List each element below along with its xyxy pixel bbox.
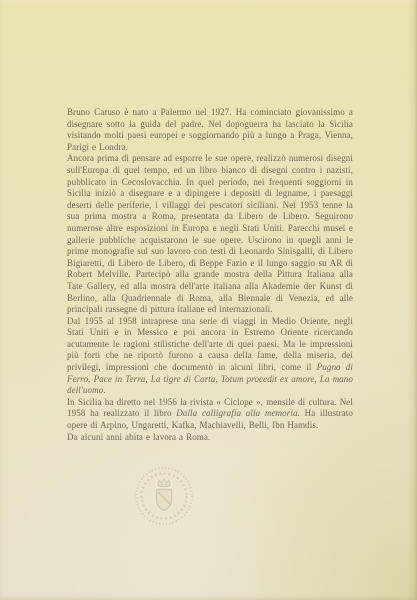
biography-paragraph: Dal 1955 al 1958 intraprese una serie di… bbox=[67, 316, 353, 397]
biography-paragraph: Ancora prima di pensare ad esporre le su… bbox=[67, 153, 353, 315]
book-title-italic: Totum procedit ex amore bbox=[221, 374, 315, 384]
book-title-italic: Pace in Terra bbox=[94, 374, 146, 384]
crest-icon bbox=[134, 466, 194, 526]
biography-paragraph: In Sicilia ha diretto nel 1956 la rivist… bbox=[67, 397, 353, 432]
body-text: Bruno Caruso è nato a Palermo nel 1927. … bbox=[67, 107, 353, 152]
body-text: Da alcuni anni abita e lavora a Roma. bbox=[67, 432, 210, 442]
embossed-publisher-seal bbox=[134, 466, 194, 526]
book-title-italic: Dalla calligrafia alla memoria bbox=[176, 408, 297, 418]
body-text: Dal 1955 al 1958 intraprese una serie di… bbox=[67, 316, 353, 372]
book-page: Bruno Caruso è nato a Palermo nel 1927. … bbox=[0, 0, 417, 600]
crown-icon bbox=[158, 479, 170, 485]
body-text: . bbox=[103, 385, 105, 395]
book-title-italic: La tigre di Carta bbox=[151, 374, 216, 384]
biography-paragraph: Da alcuni anni abita e lavora a Roma. bbox=[67, 432, 353, 444]
biography-text: Bruno Caruso è nato a Palermo nel 1927. … bbox=[67, 107, 353, 443]
body-text: Ancora prima di pensare ad esporre le su… bbox=[67, 153, 353, 314]
biography-paragraph: Bruno Caruso è nato a Palermo nel 1927. … bbox=[67, 107, 353, 153]
